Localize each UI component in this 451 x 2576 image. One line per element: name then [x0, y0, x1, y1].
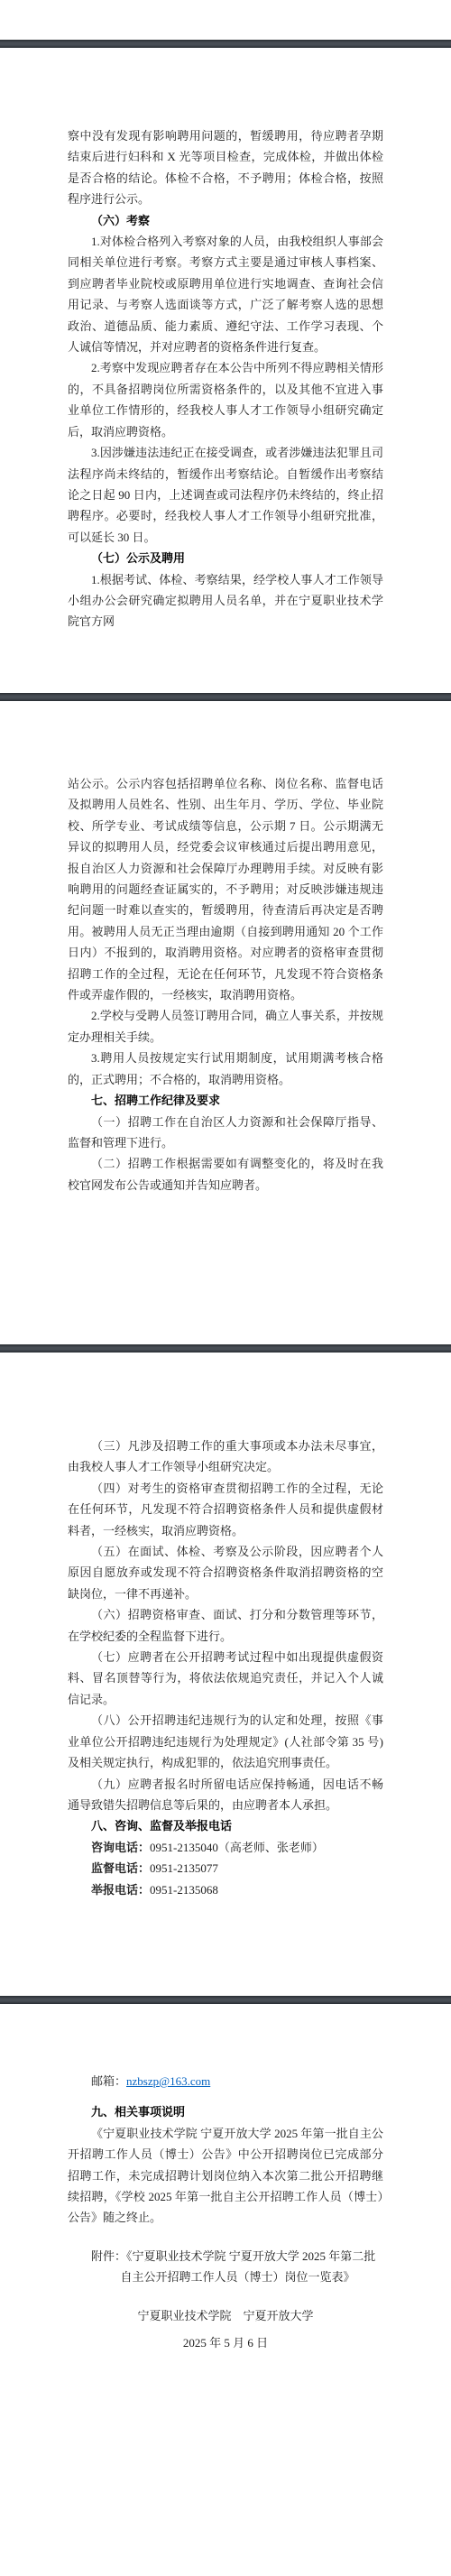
phone-label: 举报电话：	[91, 1883, 150, 1897]
document-page-4: 邮箱：nzbszp@163.com九、相关事项说明《宁夏职业技术学院 宁夏开放大…	[0, 2004, 451, 2576]
phone-number: 0951-2135077	[150, 1861, 218, 1875]
document-page-1: 察中没有发现有影响聘用问题的，暂缓聘用，待应聘者孕期结束后进行妇科和 X 光等项…	[0, 48, 451, 693]
page-separator	[0, 1996, 451, 2004]
body-paragraph: 2.学校与受聘人员签订聘用合同，确立人事关系，并按规定办理相关手续。	[68, 1005, 383, 1048]
email-label: 邮箱：	[91, 2074, 126, 2088]
email-link[interactable]: nzbszp@163.com	[126, 2074, 210, 2088]
body-paragraph: （四）对考生的资格审查贯彻招聘工作的全过程，无论在任何环节，凡发现不符合招聘资格…	[68, 1478, 383, 1541]
email-line: 邮箱：nzbszp@163.com	[68, 2071, 383, 2091]
phone-label: 咨询电话：	[91, 1841, 150, 1854]
body-paragraph: 3.聘用人员按规定实行试用期制度，试用期满考核合格的，正式聘用；不合格的，取消聘…	[68, 1048, 383, 1090]
body-paragraph: 1.对体检合格列入考察对象的人员，由我校组织人事部会同相关单位进行考察。考察方式…	[68, 231, 383, 357]
body-paragraph: （二）招聘工作根据需要如有调整变化的，将及时在我校官网发布公告或通知并告知应聘者…	[68, 1153, 383, 1196]
attachment-note: 附件：《宁夏职业技术学院 宁夏开放大学 2025 年第二批自主公开招聘工作人员（…	[68, 2246, 383, 2288]
phone-line: 举报电话：0951-2135068	[68, 1879, 383, 1900]
body-paragraph: 察中没有发现有影响聘用问题的，暂缓聘用，待应聘者孕期结束后进行妇科和 X 光等项…	[68, 125, 383, 210]
phone-number: 0951-2135040（高老师、张老师）	[150, 1841, 324, 1854]
body-paragraph: 1.根据考试、体检、考察结果，经学校人事人才工作领导小组办公会研究确定拟聘用人员…	[68, 569, 383, 632]
body-paragraph: （六）招聘资格审查、面试、打分和分数管理等环节，在学校纪委的全程监督下进行。	[68, 1604, 383, 1647]
section-heading: （六）考察	[68, 210, 383, 231]
body-paragraph: （一）招聘工作在自治区人力资源和社会保障厅指导、监督和管理下进行。	[68, 1112, 383, 1154]
body-paragraph: （三）凡涉及招聘工作的重大事项或本办法未尽事宜，由我校人事人才工作领导小组研究决…	[68, 1436, 383, 1478]
document-viewer: 察中没有发现有影响聘用问题的，暂缓聘用，待应聘者孕期结束后进行妇科和 X 光等项…	[0, 0, 451, 2576]
signature-line: 宁夏职业技术学院 宁夏开放大学	[68, 2305, 383, 2326]
body-paragraph: （五）在面试、体检、考察及公示阶段，因应聘者个人原因自愿放弃或发现不符合招聘资格…	[68, 1541, 383, 1604]
page-separator	[0, 40, 451, 48]
body-paragraph: 站公示。公示内容包括招聘单位名称、岗位名称、监督电话及拟聘用人员姓名、性别、出生…	[68, 773, 383, 1005]
section-heading: 九、相关事项说明	[68, 2101, 383, 2122]
page-previous-bottom	[0, 0, 451, 40]
document-page-2: 站公示。公示内容包括招聘单位名称、岗位名称、监督电话及拟聘用人员姓名、性别、出生…	[0, 701, 451, 1344]
page-separator	[0, 693, 451, 701]
body-paragraph: （八）公开招聘违纪违规行为的认定和处理，按照《事业单位公开招聘违纪违规行为处理规…	[68, 1710, 383, 1773]
body-paragraph: 《宁夏职业技术学院 宁夏开放大学 2025 年第一批自主公开招聘工作人员（博士）…	[68, 2123, 383, 2229]
phone-label: 监督电话：	[91, 1861, 150, 1875]
document-page-3: （三）凡涉及招聘工作的重大事项或本办法未尽事宜，由我校人事人才工作领导小组研究决…	[0, 1353, 451, 1996]
page-separator	[0, 1344, 451, 1353]
body-paragraph: 2.考察中发现应聘者存在本公告中所列不得应聘相关情形的，不具备招聘岗位所需资格条…	[68, 357, 383, 442]
date-line: 2025 年 5 月 6 日	[68, 2332, 383, 2353]
phone-line: 监督电话：0951-2135077	[68, 1858, 383, 1879]
body-paragraph: （九）应聘者报名时所留电话应保持畅通，因电话不畅通导致错失招聘信息等后果的，由应…	[68, 1774, 383, 1816]
phone-line: 咨询电话：0951-2135040（高老师、张老师）	[68, 1837, 383, 1858]
section-heading: 七、招聘工作纪律及要求	[68, 1090, 383, 1111]
phone-number: 0951-2135068	[150, 1883, 218, 1897]
section-heading: （七）公示及聘用	[68, 548, 383, 568]
body-paragraph: 3.因涉嫌违法违纪正在接受调查，或者涉嫌违法犯罪且司法程序尚未终结的，暂缓作出考…	[68, 442, 383, 548]
body-paragraph: （七）应聘者在公开招聘考试过程中如出现提供虚假资料、冒名顶替等行为，将依法依规追…	[68, 1647, 383, 1710]
section-heading: 八、咨询、监督及举报电话	[68, 1815, 383, 1836]
